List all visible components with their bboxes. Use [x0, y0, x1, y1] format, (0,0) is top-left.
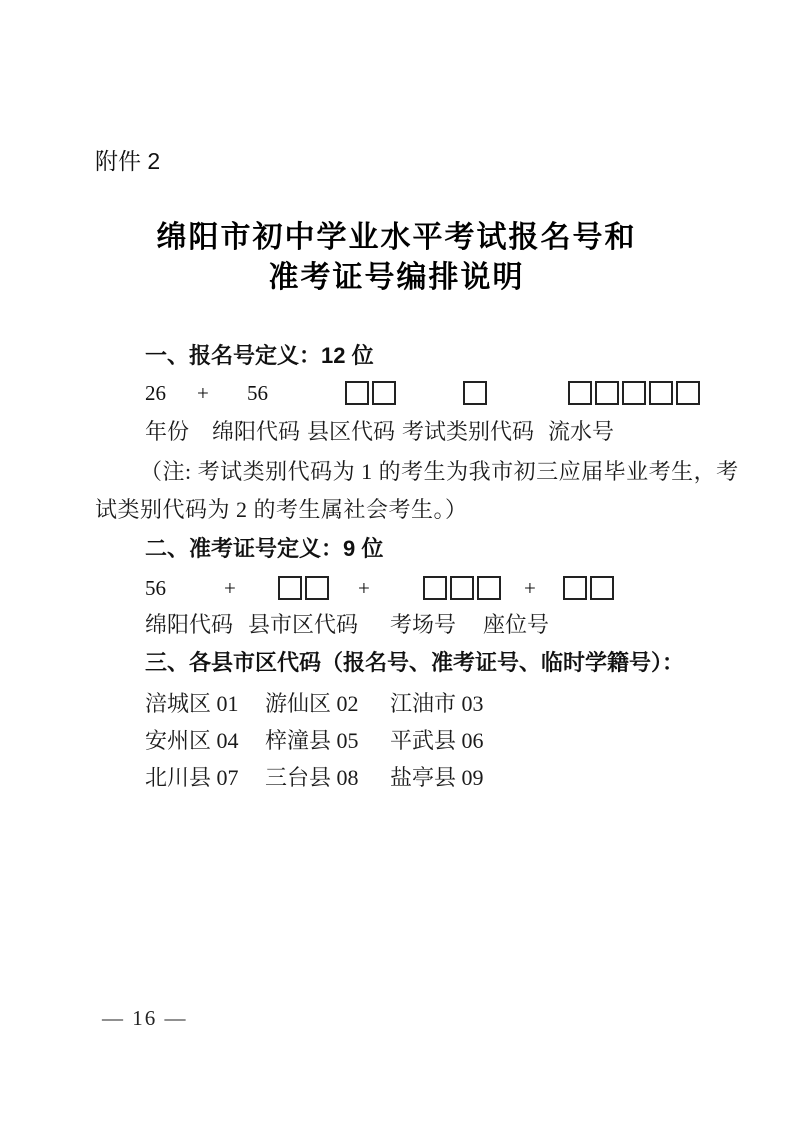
section3-heading: 三、各县市区代码（报名号、准考证号、临时学籍号）：	[145, 651, 684, 675]
district-code-yanting: 盐亭县 09	[390, 765, 484, 791]
code-box	[278, 576, 302, 600]
county-code-boxes	[345, 381, 396, 405]
code-box	[676, 381, 700, 405]
label-year: 年份	[145, 420, 189, 444]
title-line-2: 准考证号编排说明	[0, 258, 793, 298]
code-box	[590, 576, 614, 600]
label-seat-number: 座位号	[483, 613, 549, 637]
plus-sign-1: +	[224, 576, 236, 601]
district-code-anzhou: 安州区 04	[145, 728, 239, 754]
exam-room-boxes	[423, 576, 501, 600]
label-district-code: 县市区代码	[248, 613, 358, 637]
code-box	[568, 381, 592, 405]
section2-label-row: 绵阳代码 县市区代码 考场号 座位号	[0, 613, 793, 639]
label-exam-room: 考场号	[390, 613, 456, 637]
district-code-jiangyou: 江油市 03	[390, 691, 484, 717]
code-box	[595, 381, 619, 405]
district-code-santai: 三台县 08	[265, 765, 359, 791]
note-line-1: （注: 考试类别代码为 1 的考生为我市初三应届毕业考生，考	[140, 459, 739, 485]
document-page: 附件 2 绵阳市初中学业水平考试报名号和 准考证号编排说明 一、报名号定义：12…	[0, 0, 793, 1122]
plus-sign-2: +	[358, 576, 370, 601]
mianyang-code-value: 56	[247, 381, 268, 406]
section1-label-row: 年份 绵阳代码 县区代码 考试类别代码 流水号	[0, 420, 793, 446]
section1-heading: 一、报名号定义：12 位	[145, 344, 374, 368]
seat-number-boxes	[563, 576, 614, 600]
district-code-pingwu: 平武县 06	[390, 728, 484, 754]
label-mianyang-code: 绵阳代码	[212, 420, 300, 444]
note-line-2: 试类别代码为 2 的考生属社会考生。）	[95, 497, 468, 523]
section1-code-row: 26 + 56	[0, 381, 793, 409]
document-title: 绵阳市初中学业水平考试报名号和 准考证号编排说明	[0, 218, 793, 298]
section2-code-row: 56 + + +	[0, 576, 793, 604]
page-number: — 16 —	[102, 1006, 188, 1031]
code-box	[622, 381, 646, 405]
exam-type-code-box	[463, 381, 487, 405]
code-box	[563, 576, 587, 600]
code-box	[423, 576, 447, 600]
label-exam-type-code: 考试类别代码	[402, 420, 534, 444]
code-box	[345, 381, 369, 405]
district-code-zitong: 梓潼县 05	[265, 728, 359, 754]
plus-sign-3: +	[524, 576, 536, 601]
mianyang-code-value-2: 56	[145, 576, 166, 601]
section2-heading: 二、准考证号定义：9 位	[145, 537, 383, 561]
label-mianyang-code-2: 绵阳代码	[145, 613, 233, 637]
label-serial-number: 流水号	[548, 420, 614, 444]
year-value: 26	[145, 381, 166, 406]
code-box	[305, 576, 329, 600]
title-line-1: 绵阳市初中学业水平考试报名号和	[0, 218, 793, 258]
plus-sign: +	[197, 381, 209, 406]
district-code-beichuan: 北川县 07	[145, 765, 239, 791]
code-box	[477, 576, 501, 600]
code-box	[372, 381, 396, 405]
serial-number-boxes	[568, 381, 700, 405]
attachment-label: 附件 2	[95, 143, 160, 176]
code-box	[463, 381, 487, 405]
district-code-boxes	[278, 576, 329, 600]
district-code-youxian: 游仙区 02	[265, 691, 359, 717]
district-code-fucheng: 涪城区 01	[145, 691, 239, 717]
code-box	[649, 381, 673, 405]
label-county-code: 县区代码	[307, 420, 395, 444]
code-box	[450, 576, 474, 600]
